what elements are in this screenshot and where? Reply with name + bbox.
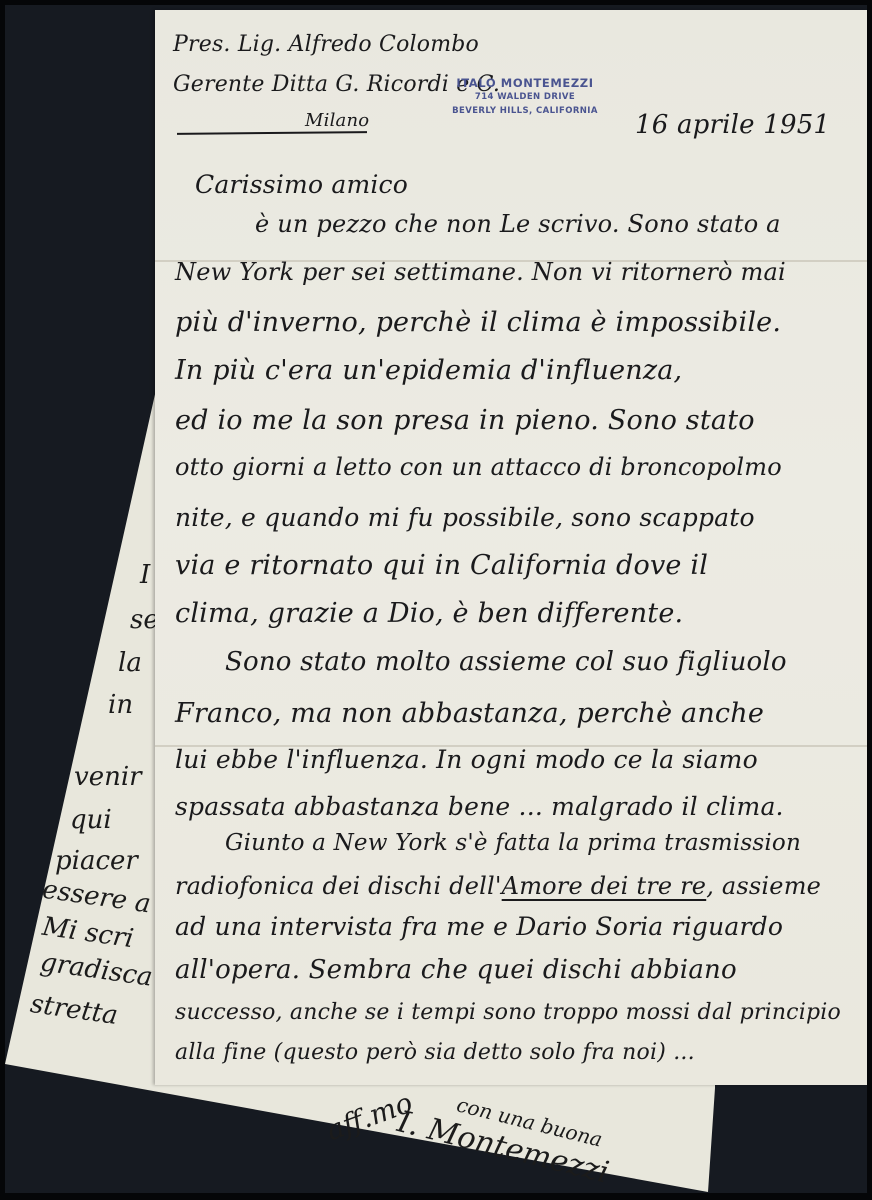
front-page: Pres. Lig. Alfredo Colombo Gerente Ditta… [155,10,867,1085]
letterhead: ITALO MONTEMEZZI 714 WALDEN DRIVE BEVERL… [440,76,610,118]
body-line: Giunto a New York s'è fatta la prima tra… [225,830,801,856]
body-line: nite, e quando mi fu possibile, sono sca… [175,503,755,532]
body-line: ed io me la son presa in pieno. Sono sta… [175,405,755,436]
body-line: è un pezzo che non Le scrivo. Sono stato… [255,210,781,238]
body-line: New York per sei settimane. Non vi ritor… [175,258,786,286]
addressee-line-3: Milano [305,110,369,131]
body-line: radiofonica dei dischi dell'Amore dei tr… [175,872,821,900]
body-line: lui ebbe l'influenza. In ogni modo ce la… [175,745,758,774]
body-line: più d'inverno, perchè il clima è impossi… [175,307,781,338]
body-line: Franco, ma non abbastanza, perchè anche [175,698,764,729]
letterhead-street: 714 WALDEN DRIVE [440,90,610,104]
body-line: In più c'era un'epidemia d'influenza, [175,355,682,386]
body-line: spassata abbastanza bene ... malgrado il… [175,792,784,821]
addressee-underline [177,131,367,135]
body-line: clima, grazie a Dio, è ben differente. [175,598,683,629]
letterhead-city: BEVERLY HILLS, CALIFORNIA [440,104,610,118]
body-line: otto giorni a letto con un attacco di br… [175,453,782,481]
opera-title-underlined: Amore dei tre re [502,872,707,900]
body-line: all'opera. Sembra che quei dischi abbian… [175,955,737,985]
body-line: successo, anche se i tempi sono troppo m… [175,1000,841,1025]
body-line-text: radiofonica dei dischi dell' [175,872,502,900]
body-line: alla fine (questo però sia detto solo fr… [175,1040,695,1065]
letter-date: 16 aprile 1951 [635,110,830,140]
body-line: via e ritornato qui in California dove i… [175,550,708,581]
letterhead-name: ITALO MONTEMEZZI [440,76,610,90]
addressee-line-1: Pres. Lig. Alfredo Colombo [173,32,479,57]
body-line: Sono stato molto assieme col suo figliuo… [225,647,787,677]
salutation: Carissimo amico [195,170,408,199]
body-line: ad una intervista fra me e Dario Soria r… [175,912,783,941]
body-line-suffix: , assieme [706,872,821,900]
